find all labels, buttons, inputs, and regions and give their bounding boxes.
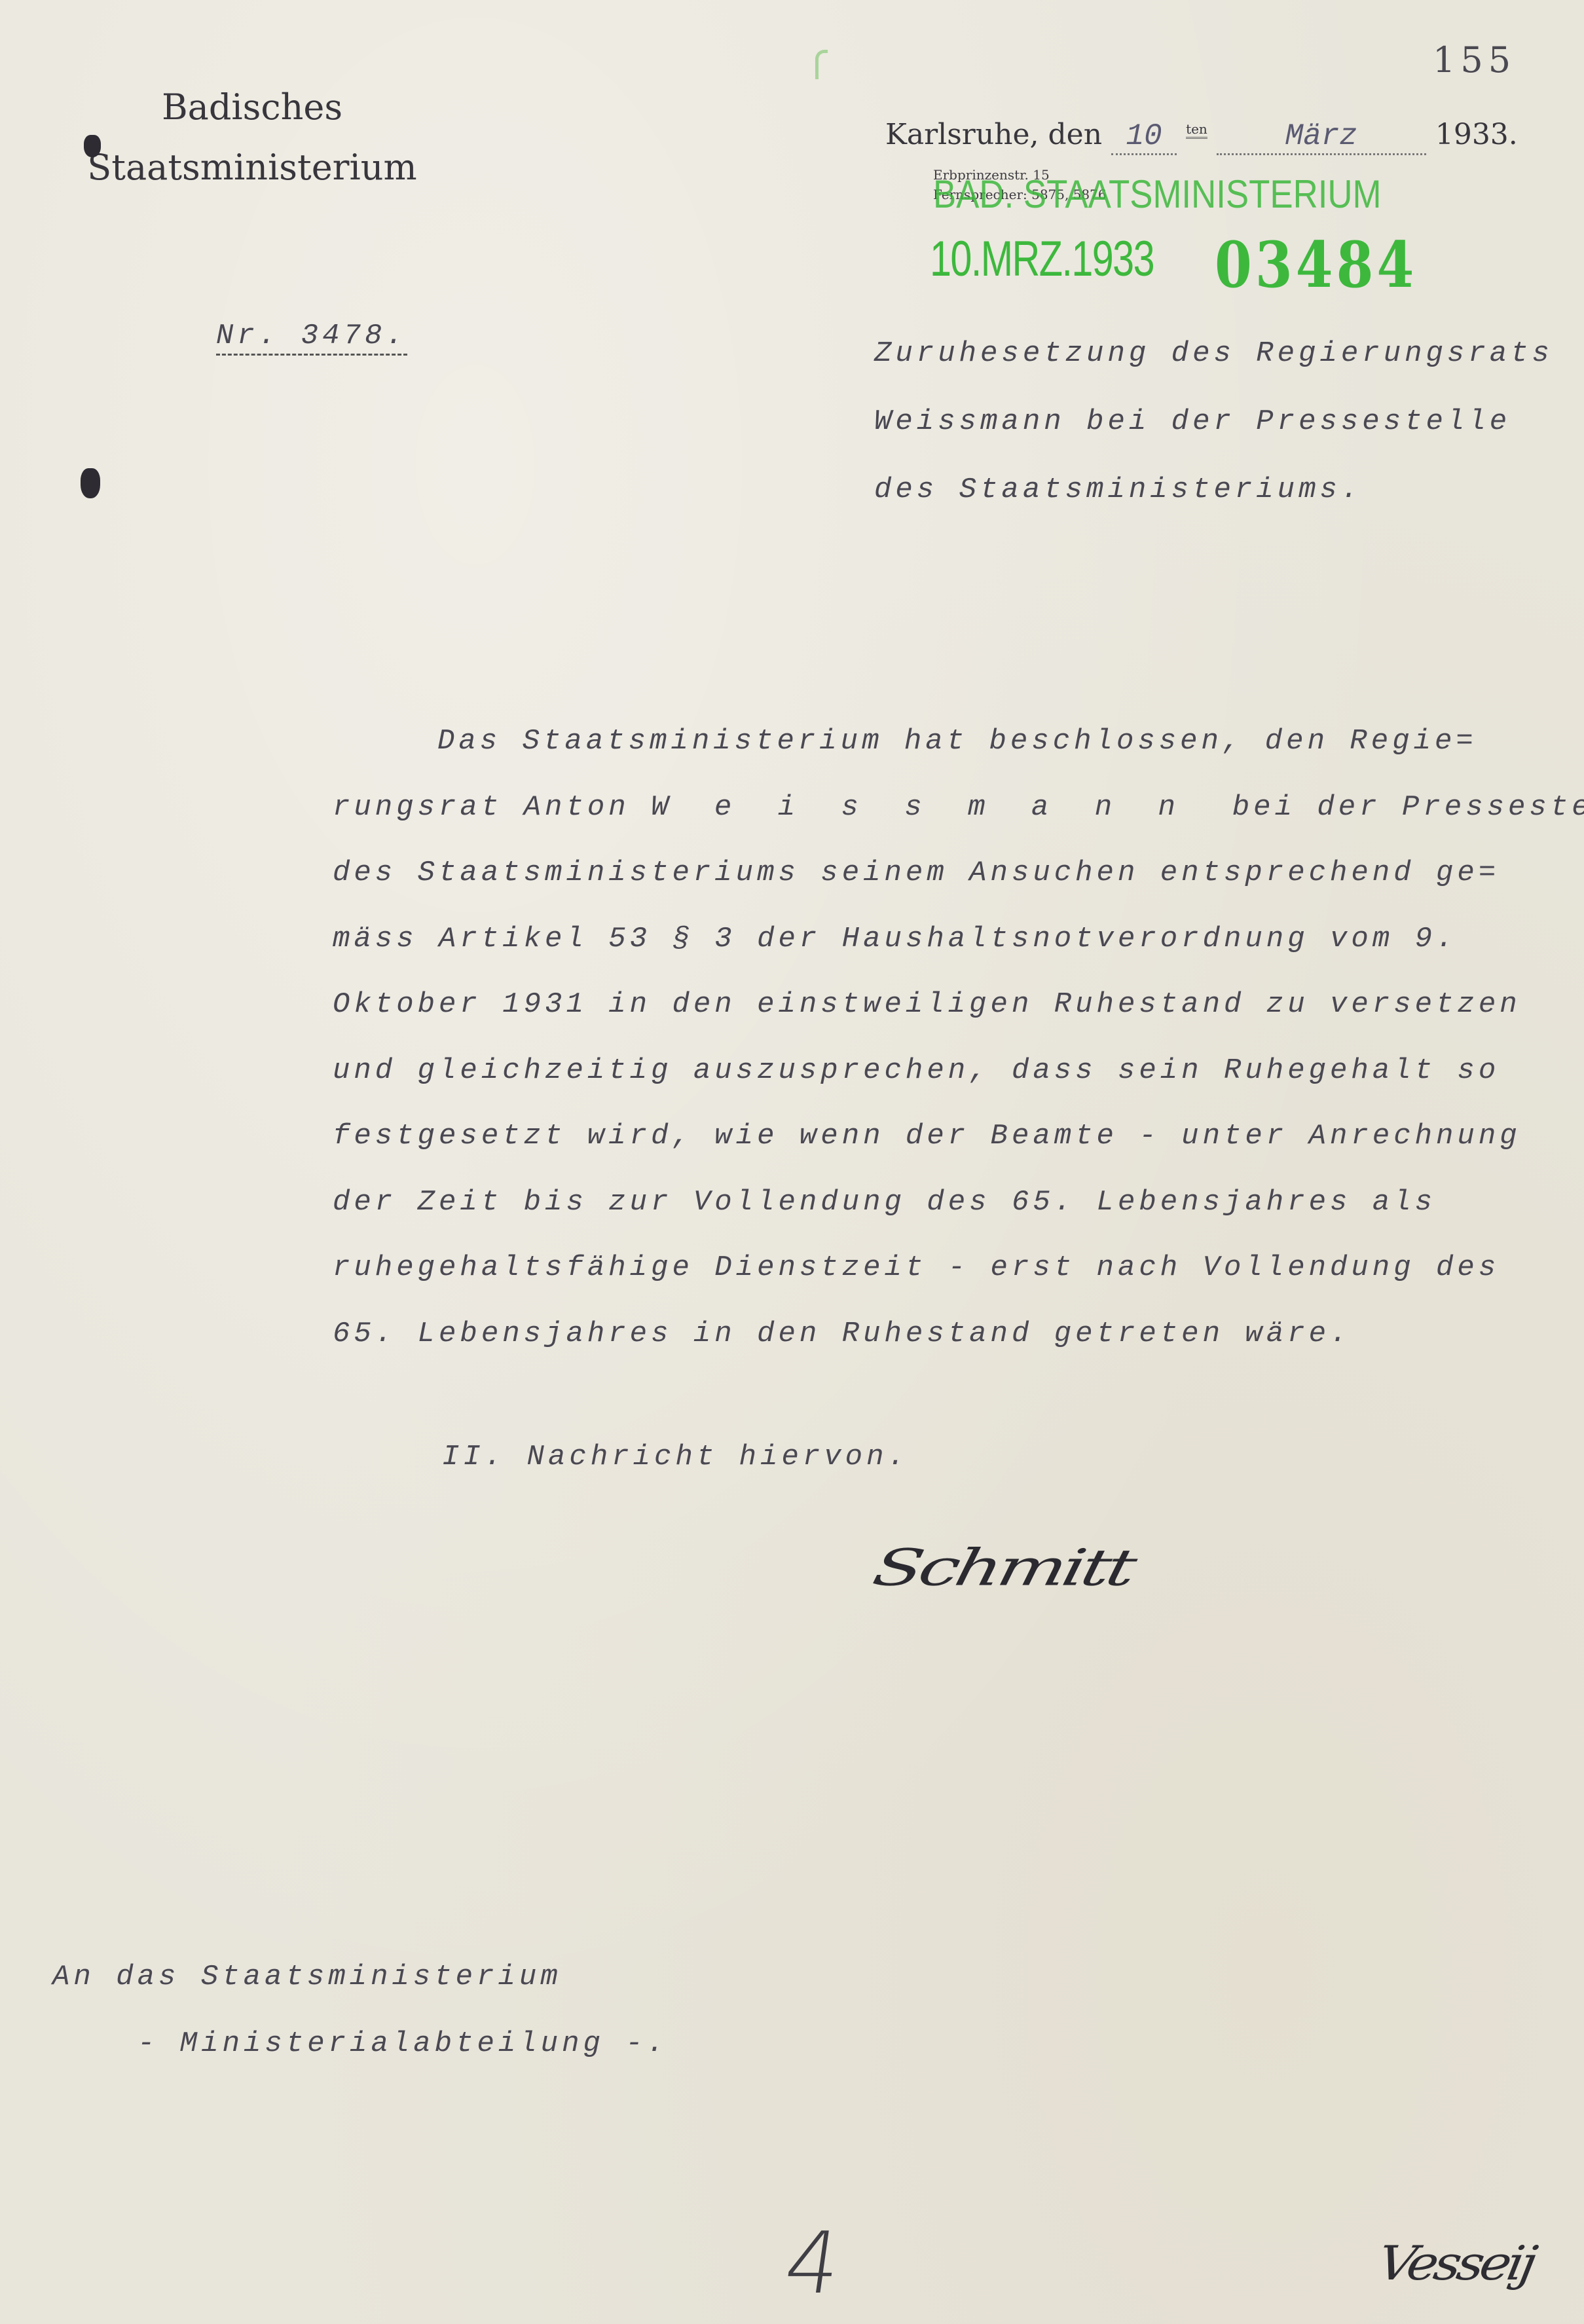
subject-line: des Staatsministeriums. bbox=[874, 456, 1553, 524]
body-line: Das Staatsministerium hat beschlossen, d… bbox=[333, 709, 1584, 775]
handwritten-signature: Schmitt bbox=[868, 1538, 1138, 1597]
handwritten-number: 4 bbox=[779, 2213, 847, 2313]
dateline-day-suffix: ten bbox=[1186, 121, 1207, 139]
body-line: festgesetzt wird, wie wenn der Beamte - … bbox=[333, 1103, 1584, 1170]
subject-line: Zuruhesetzung des Regierungsrats bbox=[874, 320, 1553, 388]
recipient-block: An das Staatsministerium - Ministerialab… bbox=[52, 1944, 668, 2077]
note-line: II. Nachricht hiervon. bbox=[442, 1441, 909, 1473]
dateline-month: März bbox=[1217, 119, 1426, 155]
handwritten-initials: Vesseij bbox=[1374, 2236, 1538, 2291]
recipient-line-2: - Ministerialabteilung -. bbox=[52, 2010, 668, 2077]
letterhead-line-2: Staatsministerium bbox=[43, 138, 462, 198]
receipt-stamp-number: 03484 bbox=[1215, 228, 1417, 302]
subject-line: Weissmann bei der Pressestelle bbox=[874, 388, 1553, 456]
receipt-stamp-office: BAD. STAATSMINISTERIUM bbox=[933, 172, 1382, 217]
body-line: mäss Artikel 53 § 3 der Haushaltsnotvero… bbox=[333, 906, 1584, 972]
emphasized-name: W e i s s m a n n bbox=[651, 791, 1190, 824]
document-page: 155 Badisches Staatsministerium Karlsruh… bbox=[0, 0, 1584, 2324]
page-number: 155 bbox=[1433, 39, 1516, 81]
body-line: Oktober 1931 in den einstweiligen Ruhest… bbox=[333, 972, 1584, 1038]
body-line: 65. Lebensjahres in den Ruhestand getret… bbox=[333, 1301, 1584, 1367]
letterhead-line-1: Badisches bbox=[43, 77, 462, 138]
recipient-line-1: An das Staatsministerium bbox=[52, 1944, 668, 2010]
dateline-day: 10 bbox=[1111, 119, 1177, 155]
stray-ink-mark bbox=[815, 50, 828, 79]
body-line: rungsrat Anton W e i s s m a n n bei der… bbox=[333, 775, 1584, 841]
dateline-year: 1933. bbox=[1435, 118, 1518, 151]
body-fragment: rungsrat Anton bbox=[333, 791, 630, 824]
subject: Zuruhesetzung des Regierungsrats Weissma… bbox=[874, 320, 1553, 524]
reference-number: Nr. 3478. bbox=[216, 320, 407, 356]
margin-ink-mark bbox=[84, 135, 101, 157]
body-line: und gleichzeitig auszusprechen, dass sei… bbox=[333, 1038, 1584, 1104]
dateline: Karlsruhe, den 10 ten März 1933. bbox=[885, 118, 1518, 155]
body-line: des Staatsministeriums seinem Ansuchen e… bbox=[333, 840, 1584, 906]
margin-ink-mark bbox=[81, 468, 100, 498]
letterhead: Badisches Staatsministerium bbox=[43, 77, 462, 198]
receipt-stamp-date: 10.MRZ.1933 bbox=[930, 231, 1154, 287]
body-text: Das Staatsministerium hat beschlossen, d… bbox=[333, 709, 1584, 1367]
body-line: der Zeit bis zur Vollendung des 65. Lebe… bbox=[333, 1170, 1584, 1236]
body-line: ruhegehaltsfähige Dienstzeit - erst nach… bbox=[333, 1235, 1584, 1301]
dateline-place: Karlsruhe, den bbox=[885, 118, 1102, 151]
body-fragment: bei der Pressestelle bbox=[1232, 791, 1584, 824]
